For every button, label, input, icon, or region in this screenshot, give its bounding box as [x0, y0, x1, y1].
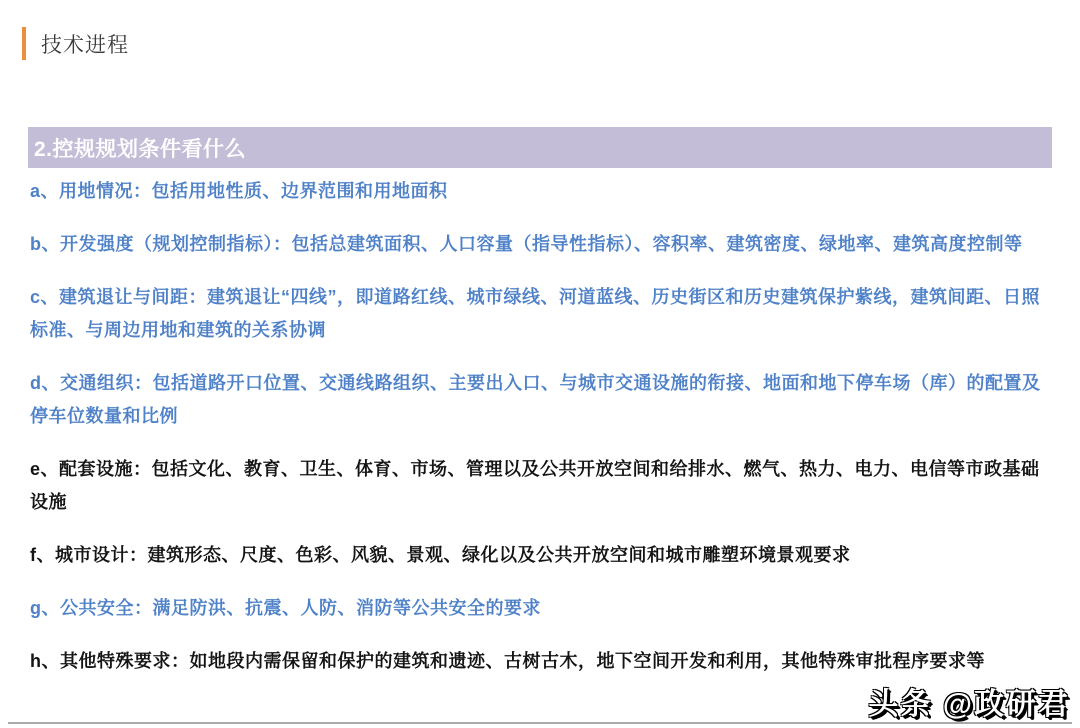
watermark: 头条 @政研君 — [868, 679, 1070, 723]
list-item-g: g、公共安全：满足防洪、抗震、人防、消防等公共安全的要求 — [30, 592, 1052, 625]
section-title: 技术进程 — [41, 29, 129, 59]
section-header: 技术进程 — [22, 27, 129, 60]
list-item-a: a、用地情况：包括用地性质、边界范围和用地面积 — [30, 175, 1052, 208]
title-bar: 2.控规规划条件看什么 — [28, 127, 1052, 168]
list-item-b: b、开发强度（规划控制指标）：包括总建筑面积、人口容量（指导性指标）、容积率、建… — [30, 228, 1052, 261]
bottom-divider — [8, 722, 1072, 724]
list-item-h: h、其他特殊要求：如地段内需保留和保护的建筑和遗迹、古树古木，地下空间开发和利用… — [30, 645, 1052, 678]
content-list: a、用地情况：包括用地性质、边界范围和用地面积 b、开发强度（规划控制指标）：包… — [30, 175, 1052, 698]
list-item-f: f、城市设计：建筑形态、尺度、色彩、风貌、景观、绿化以及公共开放空间和城市雕塑环… — [30, 539, 1052, 572]
accent-bar — [22, 27, 26, 60]
list-item-d: d、交通组织：包括道路开口位置、交通线路组织、主要出入口、与城市交通设施的衔接、… — [30, 367, 1052, 433]
list-item-c: c、建筑退让与间距：建筑退让“四线”，即道路红线、城市绿线、河道蓝线、历史街区和… — [30, 281, 1052, 347]
list-item-e: e、配套设施：包括文化、教育、卫生、体育、市场、管理以及公共开放空间和给排水、燃… — [30, 453, 1052, 519]
title-bar-text: 2.控规规划条件看什么 — [34, 133, 246, 163]
slide: 技术进程 2.控规规划条件看什么 a、用地情况：包括用地性质、边界范围和用地面积… — [0, 0, 1080, 728]
